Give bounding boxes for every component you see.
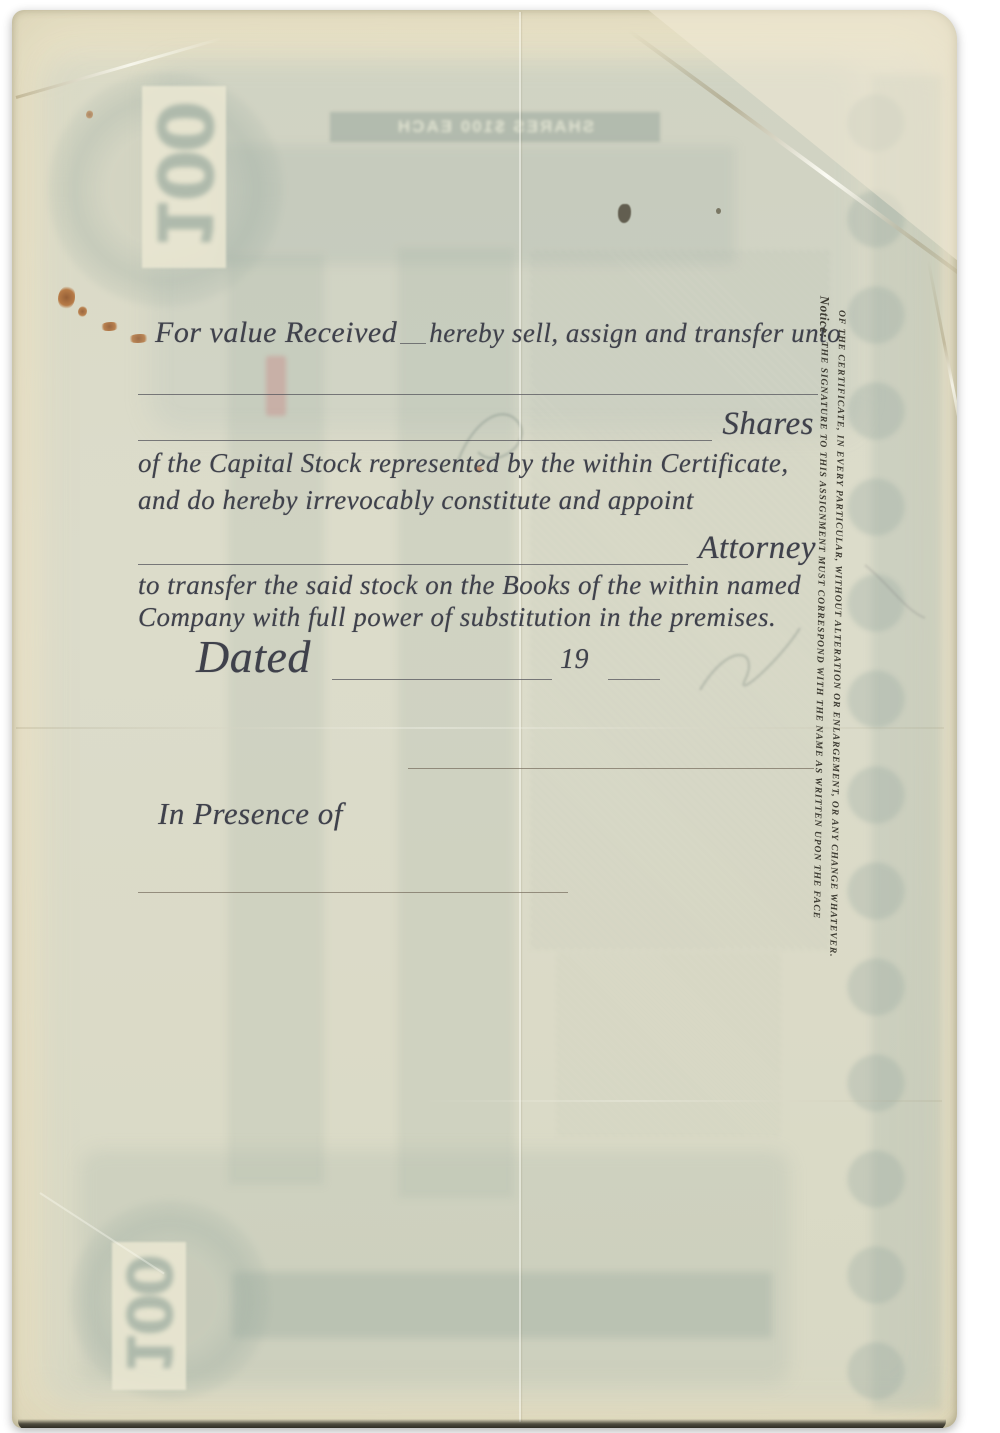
assignee-name-blank-line bbox=[138, 393, 818, 395]
fold-horizontal-lower bbox=[420, 1100, 942, 1102]
sell-assign-transfer-text: hereby sell, assign and transfer unto bbox=[429, 318, 841, 349]
shares-quantity-blank-line bbox=[138, 406, 712, 441]
fold-vertical-center bbox=[519, 12, 521, 1422]
attorney-label: Attorney bbox=[698, 530, 816, 567]
dated-blank-line bbox=[332, 678, 552, 680]
dark-ink-spot bbox=[716, 208, 721, 214]
paper-content: SHARES $100 EACH 100 100 bbox=[12, 10, 957, 1428]
certificate-back-paper: SHARES $100 EACH 100 100 bbox=[12, 10, 957, 1428]
attorney-row: Attorney bbox=[138, 528, 816, 567]
scanned-document-stage: SHARES $100 EACH 100 100 bbox=[0, 0, 1000, 1433]
year-19-prefix: 19 bbox=[560, 644, 589, 676]
capital-stock-line: of the Capital Stock represented by the … bbox=[138, 448, 789, 479]
notice-line-1-text: THE SIGNATURE TO THIS ASSIGNMENT MUST CO… bbox=[811, 342, 829, 920]
shares-label: Shares bbox=[722, 406, 814, 443]
scan-bottom-edge-shadow bbox=[18, 1419, 946, 1428]
for-value-received-text: For value Received bbox=[155, 316, 397, 350]
signature-notice: Notice: THE SIGNATURE TO THIS ASSIGNMENT… bbox=[805, 296, 862, 942]
year-blank-line bbox=[608, 678, 660, 680]
notice-label: Notice: bbox=[817, 296, 833, 339]
fold-horizontal-middle bbox=[16, 727, 944, 729]
witness-blank-line bbox=[138, 891, 568, 893]
assignment-opening-line: For value Received hereby sell, assign a… bbox=[155, 316, 841, 350]
transfer-books-line: to transfer the said stock on the Books … bbox=[138, 570, 801, 601]
constitute-appoint-line: and do hereby irrevocably constitute and… bbox=[138, 485, 694, 516]
assignee-blank-short bbox=[400, 342, 426, 344]
signature-blank-line bbox=[408, 767, 814, 769]
attorney-name-blank-line bbox=[138, 528, 688, 565]
in-presence-of-label: In Presence of bbox=[158, 796, 343, 832]
shares-row: Shares bbox=[138, 406, 814, 443]
dated-label: Dated bbox=[196, 630, 311, 683]
power-substitution-line: Company with full power of substitution … bbox=[138, 602, 776, 633]
